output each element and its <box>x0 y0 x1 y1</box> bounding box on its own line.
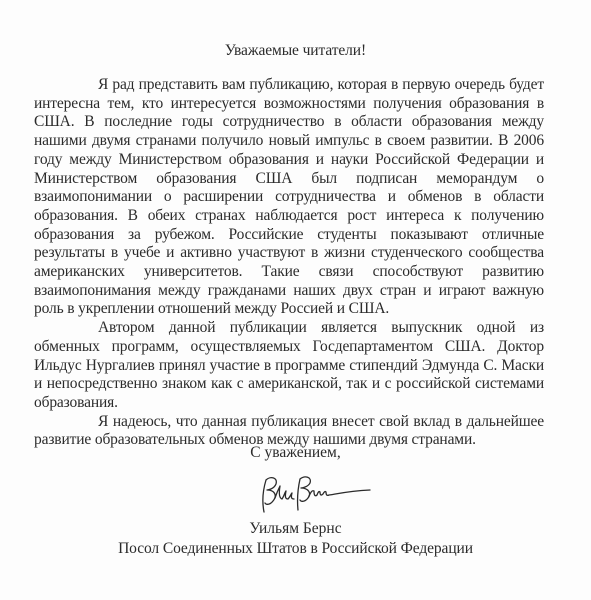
letter-closing: С уважением, <box>0 444 591 462</box>
signer-name: Уильям Бернс <box>0 520 591 538</box>
letter-page: Уважаемые читатели! Я рад представить ва… <box>0 0 591 600</box>
paragraph-author: Автором данной публикации является выпус… <box>34 319 544 413</box>
signer-title: Посол Соединенных Штатов в Российской Фе… <box>0 540 591 558</box>
letter-greeting: Уважаемые читатели! <box>0 42 591 60</box>
letter-body: Я рад представить вам публикацию, котора… <box>34 76 544 450</box>
paragraph-intro: Я рад представить вам публикацию, котора… <box>34 76 544 319</box>
signature-icon <box>254 474 374 516</box>
